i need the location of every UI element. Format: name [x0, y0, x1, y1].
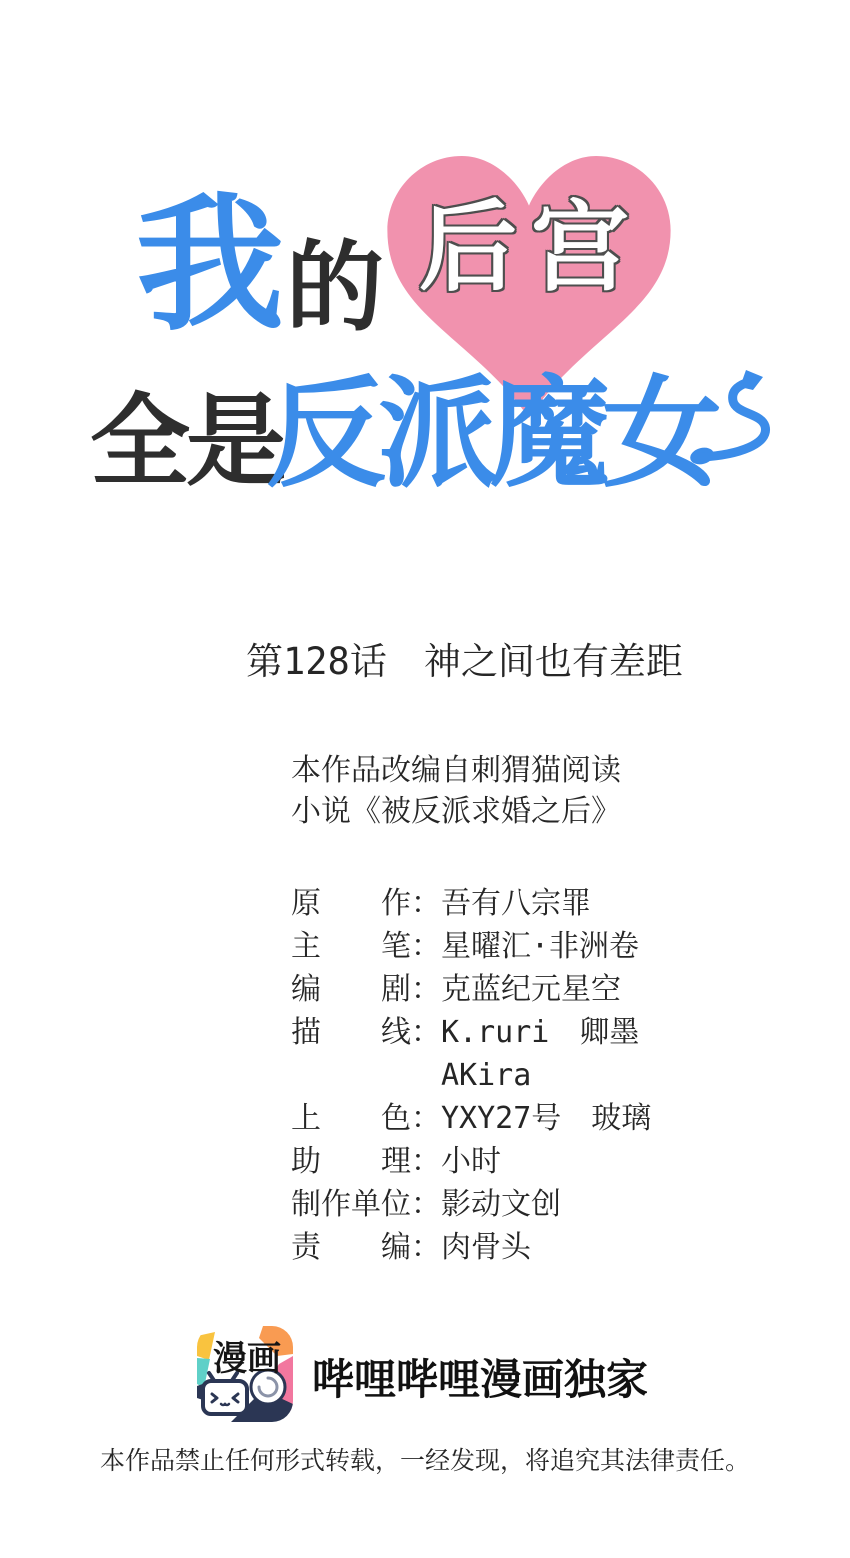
logo-heart-word: 后宫: [393, 198, 669, 296]
credit-value: 克蓝纪元星空: [441, 972, 621, 1007]
comic-title-page: 我 的 后宫 全是 反派魔女 第128话 神之间也有差距 本作品改编自刺猬猫阅读…: [0, 0, 850, 1558]
credit-value: YXY27号 玻璃: [441, 1101, 651, 1136]
credit-value: 肉骨头: [441, 1230, 531, 1265]
tv-mascot-icon: [203, 1373, 247, 1414]
adaptation-line1: 本作品改编自刺猬猫阅读: [291, 750, 621, 791]
logo-word-fanpai: 反派魔女: [266, 374, 714, 494]
credit-row-line-art-cont: AKira: [291, 1054, 651, 1097]
credit-row-assistant: 助 理：小时: [291, 1140, 651, 1183]
logo-word-de: 的: [286, 238, 384, 336]
credit-row-production-unit: 制作单位：影动文创: [291, 1183, 651, 1226]
credit-label: 原 作：: [291, 886, 441, 921]
credit-label: 责 编：: [291, 1230, 441, 1265]
credit-label: 主 笔：: [291, 929, 441, 964]
credit-label: 描 线：: [291, 1015, 441, 1050]
credit-row-original-author: 原 作：吾有八宗罪: [291, 882, 651, 925]
credit-value: 小时: [441, 1144, 501, 1179]
credit-value: AKira: [441, 1058, 531, 1093]
credit-value: K.ruri 卿墨: [441, 1015, 639, 1050]
chapter-title: 第128话 神之间也有差距: [246, 631, 683, 685]
credit-row-screenwriter: 编 剧：克蓝纪元星空: [291, 968, 651, 1011]
credit-value: 影动文创: [441, 1187, 561, 1222]
bilibili-manga-app-icon: 漫画: [197, 1326, 293, 1422]
devil-tail-icon: [666, 356, 778, 488]
credit-label: 助 理：: [291, 1144, 441, 1179]
credit-row-coloring: 上 色：YXY27号 玻璃: [291, 1097, 651, 1140]
credit-value: 星曜汇·非洲卷: [441, 929, 639, 964]
credit-row-line-art: 描 线：K.ruri 卿墨: [291, 1011, 651, 1054]
copyright-notice: 本作品禁止任何形式转载，一经发现，将追究其法律责任。: [0, 1441, 850, 1477]
adaptation-line2: 小说《被反派求婚之后》: [291, 791, 621, 832]
credit-row-chief-editor: 责 编：肉骨头: [291, 1226, 651, 1269]
logo-word-wo: 我: [136, 192, 278, 340]
logo-word-quanshi: 全是: [90, 392, 282, 492]
credits-list: 原 作：吾有八宗罪 主 笔：星曜汇·非洲卷 编 剧：克蓝纪元星空 描 线：K.r…: [291, 882, 651, 1269]
credit-label: 上 色：: [291, 1101, 441, 1136]
adaptation-notice: 本作品改编自刺猬猫阅读 小说《被反派求婚之后》: [291, 750, 621, 832]
credit-label: 编 剧：: [291, 972, 441, 1007]
app-icon-word: 漫画: [213, 1340, 281, 1378]
credit-value: 吾有八宗罪: [441, 886, 591, 921]
credit-row-lead-artist: 主 笔：星曜汇·非洲卷: [291, 925, 651, 968]
credit-label: 制作单位：: [291, 1187, 441, 1222]
exclusive-label: 哔哩哔哩漫画独家: [312, 1347, 648, 1407]
